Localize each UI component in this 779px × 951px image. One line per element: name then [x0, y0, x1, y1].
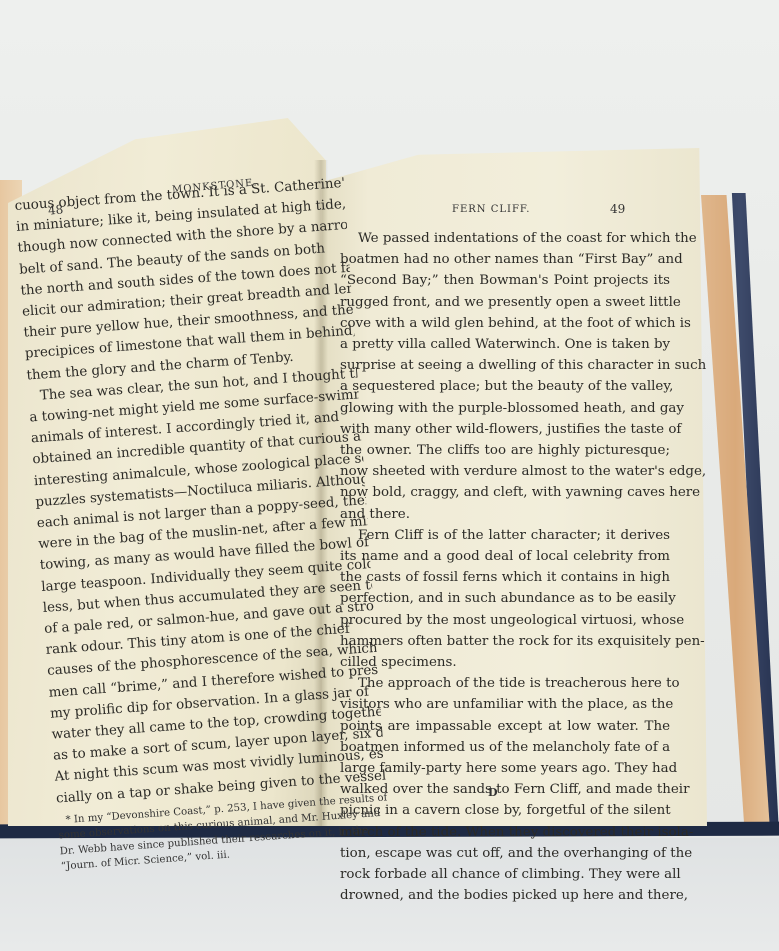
text-line: and there.: [340, 504, 670, 525]
left-page-body: cuous object from the town. It is a St. …: [14, 173, 391, 875]
text-line: cilled specimens.: [340, 652, 670, 673]
text-line: rock forbade all chance of climbing. The…: [340, 864, 670, 885]
text-line: rugged front, and we presently open a sw…: [340, 292, 670, 313]
text-line: picnic in a cavern close by, forgetful o…: [340, 800, 670, 821]
printer-signature-mark: D: [488, 786, 498, 799]
text-line: hammers often batter the rock for its ex…: [340, 631, 670, 652]
text-line: the owner. The cliffs too are highly pic…: [340, 440, 670, 461]
text-line: surprise at seeing a dwelling of this ch…: [340, 355, 670, 376]
text-line: perfection, and in such abundance as to …: [340, 588, 670, 609]
text-line: walked over the sands to Fern Cliff, and…: [340, 779, 670, 800]
text-line: “Second Bay;” then Bowman's Point projec…: [340, 270, 670, 291]
right-running-head: FERN CLIFF.: [452, 204, 530, 215]
text-line: boatmen informed us of the melancholy fa…: [340, 737, 670, 758]
text-line: Fern Cliff is of the latter character; i…: [340, 525, 670, 546]
text-line: now sheeted with verdure almost to the w…: [340, 461, 670, 482]
text-line: the casts of fossil ferns which it conta…: [340, 567, 670, 588]
text-line: cove with a wild glen behind, at the foo…: [340, 313, 670, 334]
text-line: points are impassable except at low wate…: [340, 716, 670, 737]
text-line: visitors who are unfamiliar with the pla…: [340, 694, 670, 715]
text-line: tion, escape was cut off, and the overha…: [340, 843, 670, 864]
text-line: drowned, and the bodies picked up here a…: [340, 885, 670, 906]
text-line: its name and a good deal of local celebr…: [340, 546, 670, 567]
text-line: march of the tide. When they discovered …: [340, 822, 670, 843]
right-page-body: We passed indentations of the coast for …: [340, 228, 670, 907]
text-line: procured by the most ungeological virtuo…: [340, 610, 670, 631]
text-line: a pretty villa called Waterwinch. One is…: [340, 334, 670, 355]
text-line: The approach of the tide is treacherous …: [340, 673, 670, 694]
text-line: We passed indentations of the coast for …: [340, 228, 670, 249]
text-line: glowing with the purple-blossomed heath,…: [340, 398, 670, 419]
right-page-number: 49: [610, 202, 625, 216]
text-line: boatmen had no other names than “First B…: [340, 249, 670, 270]
text-line: large family-party here some years ago. …: [340, 758, 670, 779]
text-line: now bold, craggy, and cleft, with yawnin…: [340, 482, 670, 503]
text-line: with many other wild-flowers, justifies …: [340, 419, 670, 440]
text-line: a sequestered place; but the beauty of t…: [340, 376, 670, 397]
